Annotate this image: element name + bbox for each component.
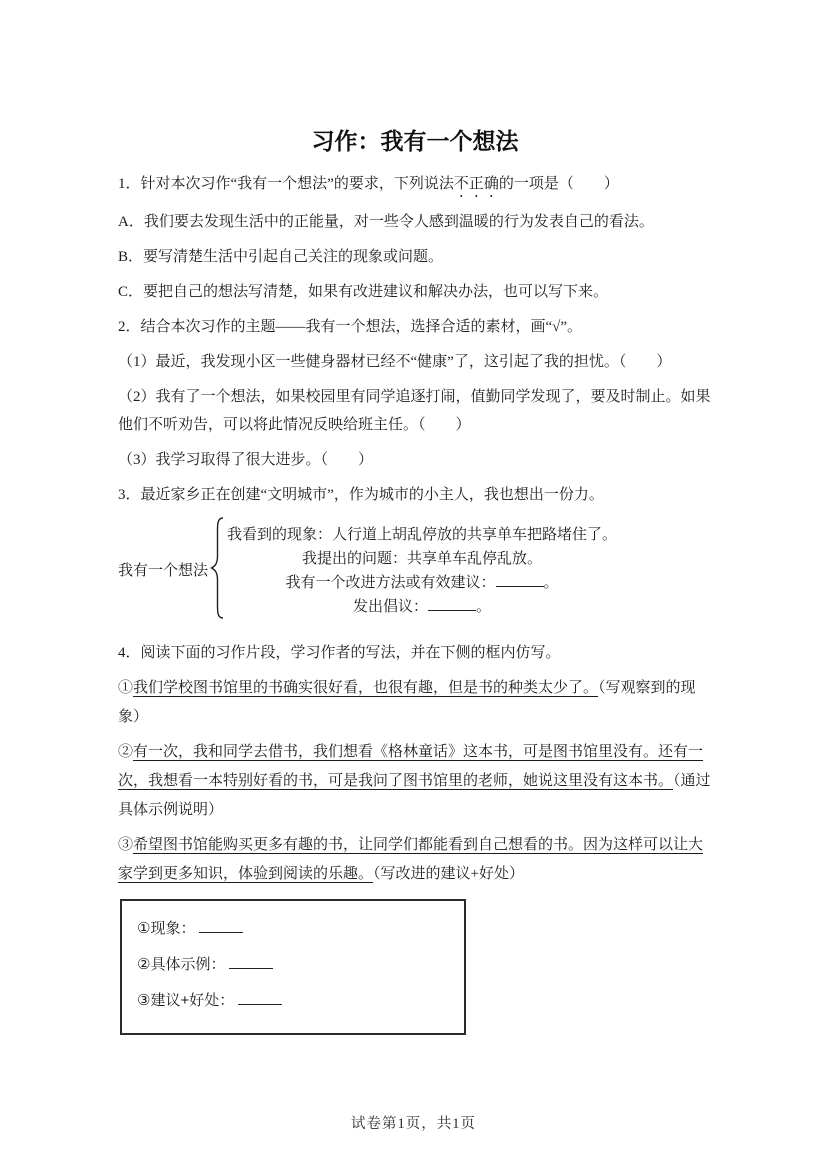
box-line-suggestion-number: ③ xyxy=(137,992,150,1009)
q3-line-problem-text: 我提出的问题：共享单车乱停乱放。 xyxy=(302,551,542,567)
blank-line xyxy=(199,919,243,933)
q3-line-suggestion-text: 我有一个改进方法或有效建议： xyxy=(286,575,496,591)
q4-passage-2-number: ② xyxy=(118,744,133,760)
q3-line-problem: 我提出的问题：共享单车乱停乱放。 xyxy=(227,547,617,571)
page-footer: 试卷第1页，共1页 xyxy=(0,1112,827,1133)
q3-line-initiative-text: 发出倡议： xyxy=(353,599,428,615)
q1-emphasis-text: 不正确 xyxy=(454,176,499,192)
box-line-example-label: 具体示例： xyxy=(150,956,225,973)
q3-line-phenomenon: 我看到的现象：人行道上胡乱停放的共享单车把路堵住了。 xyxy=(227,523,617,547)
q3-line-initiative: 发出倡议：。 xyxy=(227,595,617,619)
q4-passage-3: ③希望图书馆能购买更多有趣的书，让同学们都能看到自己想看的书。因为这样可以让大家… xyxy=(118,831,712,889)
blank-line xyxy=(238,991,282,1005)
q2-stem: 2．结合本次习作的主题——我有一个想法，选择合适的素材，画“√”。 xyxy=(118,313,712,341)
q4-passage-1-number: ① xyxy=(118,680,133,696)
page-title: 习作：我有一个想法 xyxy=(118,124,712,158)
q4-passage-3-note: （写改进的建议+好处） xyxy=(373,866,524,882)
q1-option-c: C．要把自己的想法写清楚，如果有改进建议和解决办法，也可以写下来。 xyxy=(118,278,712,306)
q1-stem-pre: 1．针对本次习作“我有一个想法”的要求，下列说法 xyxy=(118,176,454,192)
box-line-suggestion-label: 建议+好处： xyxy=(150,992,234,1009)
q3-brace-label: 我有一个想法 xyxy=(118,559,208,583)
q4-answer-box: ①现象： ②具体示例： ③建议+好处： xyxy=(120,899,466,1035)
q3-line-suggestion-suffix: 。 xyxy=(544,575,559,591)
q3-stem: 3．最近家乡正在创建“文明城市”，作为城市的小主人，我也想出一份力。 xyxy=(118,481,712,509)
box-line-example: ②具体示例： xyxy=(137,947,449,983)
box-line-phenomenon: ①现象： xyxy=(137,911,449,947)
q4-passage-1: ①我们学校图书馆里的书确实很好看，也很有趣，但是书的种类太少了。（写观察到的现象… xyxy=(118,674,712,732)
q3-line-initiative-suffix: 。 xyxy=(476,599,491,615)
q1-option-a: A．我们要去发现生活中的正能量，对一些令人感到温暖的行为发表自己的看法。 xyxy=(118,208,712,236)
box-line-phenomenon-number: ① xyxy=(137,920,150,937)
blank-line xyxy=(496,573,544,587)
q1-option-b: B．要写清楚生活中引起自己关注的现象或问题。 xyxy=(118,243,712,271)
q4-stem: 4．阅读下面的习作片段，学习作者的写法，并在下侧的框内仿写。 xyxy=(118,639,712,667)
q3-line-suggestion: 我有一个改进方法或有效建议：。 xyxy=(227,571,617,595)
box-line-example-number: ② xyxy=(137,956,150,973)
q3-brace-lines: 我看到的现象：人行道上胡乱停放的共享单车把路堵住了。 我提出的问题：共享单车乱停… xyxy=(227,523,617,619)
q2-item-2: （2）我有了一个想法，如果校园里有同学追逐打闹，值勤同学发现了，要及时制止。如果… xyxy=(118,383,712,439)
blank-line xyxy=(229,955,273,969)
page-content: 习作：我有一个想法 1．针对本次习作“我有一个想法”的要求，下列说法不正确的一项… xyxy=(0,0,827,1035)
box-line-phenomenon-label: 现象： xyxy=(150,920,195,937)
q4-passage-3-number: ③ xyxy=(118,837,133,853)
q1-stem: 1．针对本次习作“我有一个想法”的要求，下列说法不正确的一项是（ ） xyxy=(118,170,712,201)
q1-stem-post: 的一项是（ ） xyxy=(499,176,619,192)
left-brace-icon xyxy=(210,516,225,625)
exam-paper-page: 习作：我有一个想法 1．针对本次习作“我有一个想法”的要求，下列说法不正确的一项… xyxy=(0,0,827,1169)
q4-passage-2-text: 有一次，我和同学去借书，我们想看《格林童话》这本书，可是图书馆里没有。还有一次，… xyxy=(118,744,703,789)
q3-brace-diagram: 我有一个想法 我看到的现象：人行道上胡乱停放的共享单车把路堵住了。 我提出的问题… xyxy=(118,516,712,625)
q2-item-3: （3）我学习取得了很大进步。（ ） xyxy=(118,446,712,474)
q2-item-1: （1）最近，我发现小区一些健身器材已经不“健康”了，这引起了我的担忧。（ ） xyxy=(118,348,712,376)
blank-line xyxy=(428,597,476,611)
q4-passage-1-text: 我们学校图书馆里的书确实很好看，也很有趣，但是书的种类太少了。 xyxy=(133,680,598,696)
box-line-suggestion: ③建议+好处： xyxy=(137,983,449,1019)
q4-passage-2: ②有一次，我和同学去借书，我们想看《格林童话》这本书，可是图书馆里没有。还有一次… xyxy=(118,738,712,825)
q3-line-phenomenon-text: 我看到的现象：人行道上胡乱停放的共享单车把路堵住了。 xyxy=(227,527,617,543)
